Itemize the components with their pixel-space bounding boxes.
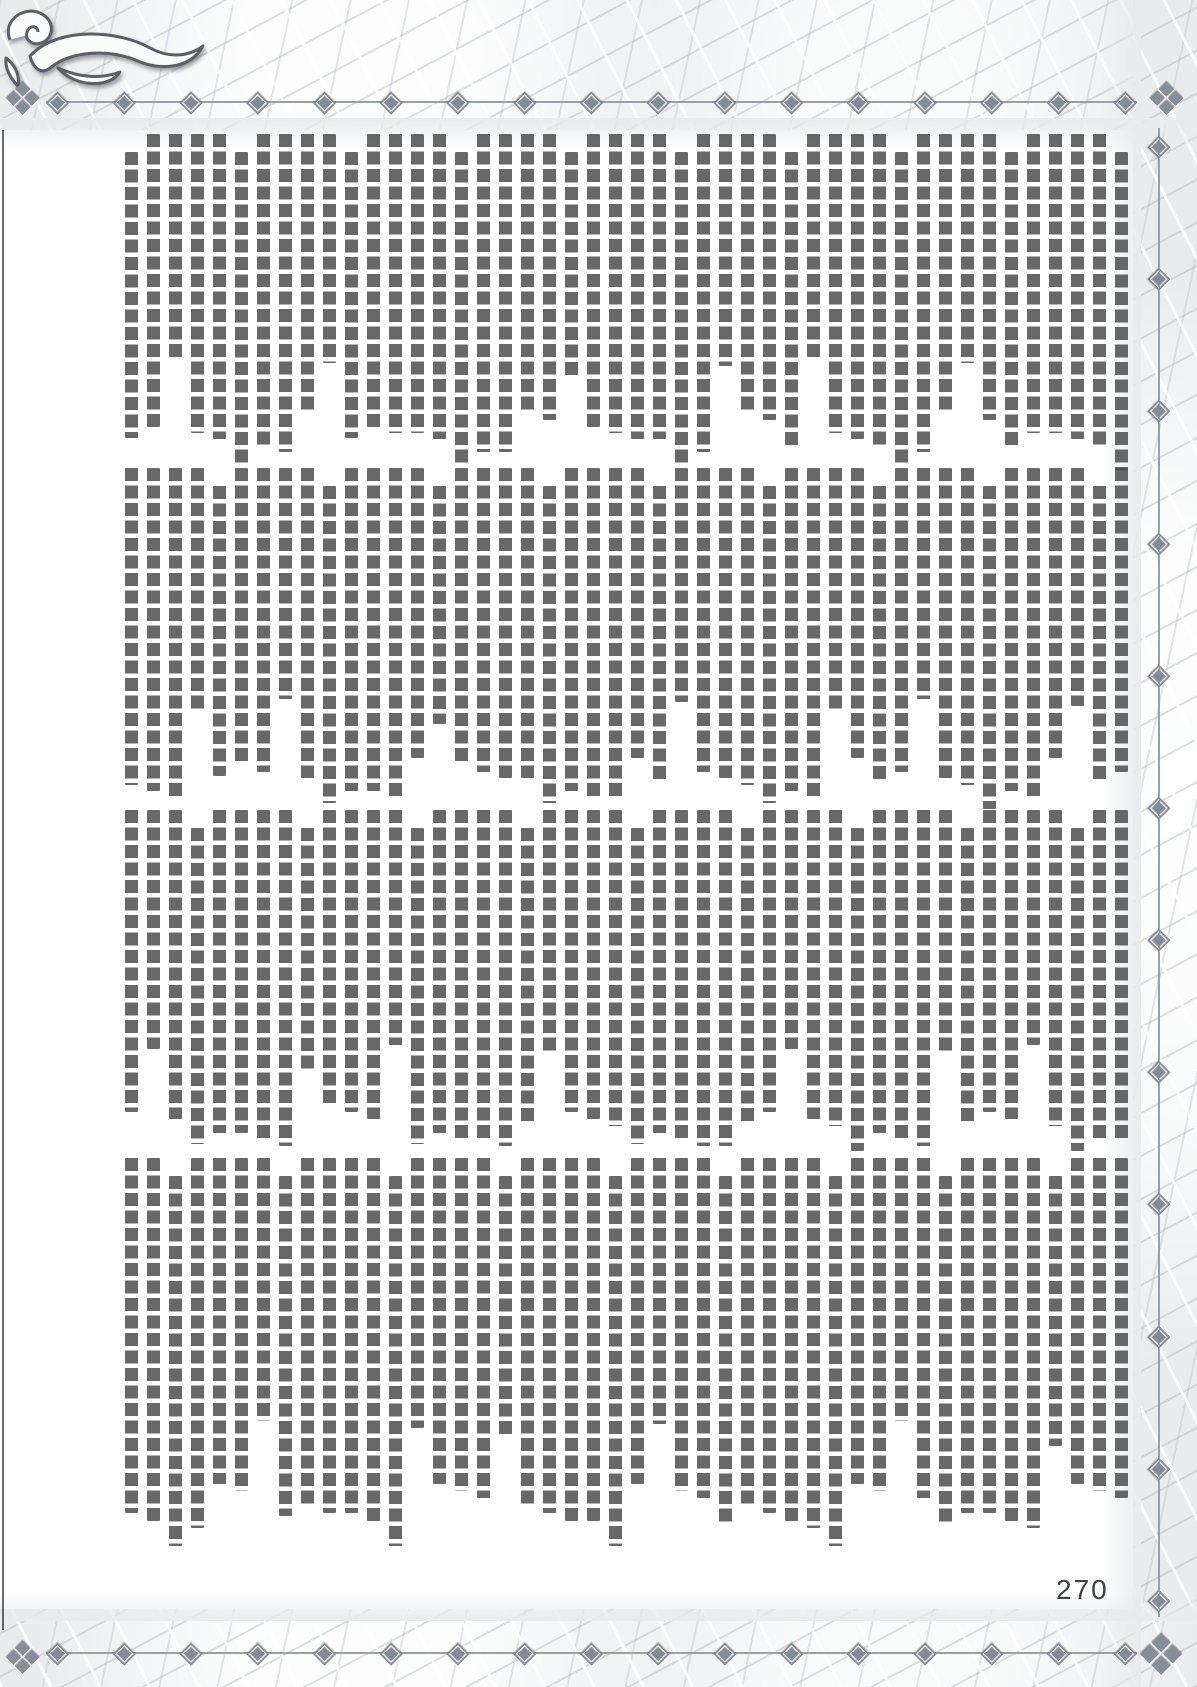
- redacted-text-column: [1093, 486, 1106, 783]
- chain-diamond-icon: ◈: [1147, 789, 1170, 824]
- redacted-text-column: [235, 1158, 248, 1491]
- redacted-text-column: [389, 810, 402, 1045]
- redacted-text-column: [323, 134, 336, 363]
- redacted-text-column: [1071, 134, 1084, 439]
- book-page: ◈◈◈◈◈◈◈◈◈◈◈◈◈◈◈◈◈ ◈◈◈◈◈◈◈◈◈◈◈◈ ◈◈◈◈◈◈◈◈◈…: [0, 0, 1197, 1687]
- redacted-text-column: [279, 810, 292, 1146]
- corner-cross-icon-bottom-right: ❖: [1135, 1633, 1187, 1679]
- chain-diamond-icon: ◈: [1147, 1450, 1170, 1485]
- chain-diamond-icon: ◈: [513, 1633, 536, 1673]
- redacted-text-column: [433, 1158, 446, 1484]
- redacted-text-column: [125, 468, 138, 785]
- redacted-text-column: [301, 468, 314, 778]
- redacted-text-column: [587, 810, 600, 1119]
- redacted-text-column: [609, 134, 622, 433]
- chain-diamond-icon: ◈: [446, 82, 469, 122]
- redacted-text-column: [191, 1158, 204, 1528]
- redacted-text-band: [86, 810, 1128, 1146]
- redacted-text-column: [367, 134, 380, 427]
- redacted-text-column: [257, 468, 270, 772]
- redacted-text-column: [1115, 1158, 1128, 1498]
- redacted-text-column: [323, 810, 336, 1106]
- redacted-text-column: [697, 810, 710, 1146]
- chain-diamond-icon: ◈: [980, 82, 1003, 122]
- chain-diamond-icon: ◈: [713, 1633, 736, 1673]
- redacted-text-column: [939, 810, 952, 1055]
- redacted-text-column: [565, 810, 578, 1112]
- redacted-text-column: [1115, 468, 1128, 772]
- redacted-text-column: [191, 828, 204, 1144]
- redacted-text-band: [86, 134, 1128, 452]
- redacted-text-column: [125, 1158, 138, 1513]
- redacted-text-column: [609, 810, 622, 1126]
- redacted-text-column: [477, 810, 490, 1139]
- redacted-text-column: [697, 1158, 710, 1498]
- chain-diamond-icon: ◈: [980, 1633, 1003, 1673]
- redacted-text-column: [631, 468, 644, 758]
- chain-diamond-icon: ◈: [647, 1633, 670, 1673]
- redacted-text-column: [323, 486, 336, 803]
- redacted-text-column: [829, 134, 842, 433]
- chain-diamond-icon: ◈: [246, 82, 269, 122]
- redacted-text-column: [675, 152, 688, 464]
- chain-diamond-icon: ◈: [1147, 392, 1170, 427]
- redacted-text-column: [895, 468, 908, 772]
- page-edge-line: [2, 130, 4, 1630]
- redacted-text-column: [1027, 134, 1040, 433]
- redacted-text-column: [345, 468, 358, 791]
- redacted-text-column: [345, 810, 358, 1112]
- redacted-text-column: [213, 134, 226, 439]
- chain-diamond-icon: ◈: [380, 1633, 403, 1673]
- chain-diamond-icon: ◈: [1147, 1053, 1170, 1088]
- redacted-text-column: [257, 1158, 270, 1421]
- redacted-text-column: [587, 468, 600, 798]
- redacted-text-column: [785, 1158, 798, 1521]
- redacted-text-column: [191, 134, 204, 433]
- redacted-text-column: [653, 134, 666, 439]
- redacted-text-column: [983, 486, 996, 809]
- redacted-text-column: [235, 468, 248, 765]
- redacted-text-column: [477, 1158, 490, 1498]
- redacted-text-column: [961, 828, 974, 1124]
- redacted-text-column: [1071, 828, 1084, 1151]
- redacted-text-column: [1005, 468, 1018, 791]
- redacted-text-column: [455, 1158, 468, 1491]
- chain-diamond-icon: ◈: [1147, 921, 1170, 956]
- redacted-text-column: [807, 1158, 820, 1528]
- corner-cross-icon-top-right: ❖: [1146, 76, 1187, 122]
- chain-diamond-icon: ◈: [513, 82, 536, 122]
- corner-cross-icon-top-left: ❖: [2, 76, 43, 122]
- redacted-text-column: [455, 468, 468, 765]
- bottom-border-ornament: ◈◈◈◈◈◈◈◈◈◈◈◈◈◈◈◈◈: [46, 1633, 1137, 1673]
- redacted-text-column: [785, 152, 798, 445]
- redacted-text-column: [1027, 810, 1040, 1045]
- redacted-text-column: [477, 134, 490, 452]
- redacted-text-column: [169, 1176, 182, 1546]
- redacted-text-column: [587, 1158, 600, 1521]
- redacted-text-column: [807, 810, 820, 1119]
- redacted-text-column: [961, 468, 974, 785]
- body-text-area: [86, 134, 1128, 1530]
- redacted-text-column: [829, 810, 842, 1126]
- redacted-text-column: [147, 1158, 160, 1521]
- redacted-text-column: [741, 134, 754, 414]
- redacted-text-column: [521, 468, 534, 778]
- redacted-text-column: [587, 134, 600, 427]
- redacted-text-column: [873, 486, 886, 783]
- chain-diamond-icon: ◈: [1147, 260, 1170, 295]
- redacted-text-column: [829, 468, 842, 709]
- redacted-text-column: [257, 134, 270, 446]
- chain-diamond-icon: ◈: [1147, 1318, 1170, 1353]
- redacted-text-column: [389, 134, 402, 433]
- chain-diamond-icon: ◈: [1047, 1633, 1070, 1673]
- chain-diamond-icon: ◈: [914, 82, 937, 122]
- redacted-text-column: [477, 468, 490, 772]
- chain-diamond-icon: ◈: [380, 82, 403, 122]
- redacted-text-column: [345, 152, 358, 438]
- redacted-text-column: [807, 468, 820, 798]
- redacted-text-column: [191, 468, 204, 709]
- redacted-text-column: [1049, 810, 1062, 1126]
- chain-diamond-icon: ◈: [1147, 525, 1170, 560]
- redacted-text-column: [895, 810, 908, 1139]
- redacted-text-column: [1115, 152, 1128, 470]
- page-number: 270: [1056, 1574, 1109, 1606]
- redacted-text-column: [543, 810, 556, 1052]
- chain-diamond-icon: ◈: [780, 82, 803, 122]
- redacted-text-column: [719, 1176, 732, 1524]
- redacted-text-column: [455, 152, 468, 464]
- redacted-text-column: [543, 486, 556, 803]
- redacted-text-column: [631, 1158, 644, 1484]
- redacted-text-column: [367, 468, 380, 791]
- redacted-text-column: [499, 468, 512, 778]
- redacted-text-column: [1071, 1158, 1084, 1484]
- redacted-text-column: [719, 468, 732, 778]
- redacted-text-column: [323, 1158, 336, 1513]
- redacted-text-column: [499, 1176, 512, 1435]
- redacted-text-column: [1005, 152, 1018, 445]
- redacted-text-column: [675, 1158, 688, 1491]
- redacted-text-column: [917, 134, 930, 452]
- redacted-text-column: [147, 468, 160, 791]
- redacted-text-column: [411, 468, 424, 758]
- redacted-text-column: [279, 134, 292, 452]
- redacted-text-column: [543, 1158, 556, 1513]
- redacted-text-column: [785, 468, 798, 791]
- chain-diamond-icon: ◈: [847, 1633, 870, 1673]
- chain-diamond-icon: ◈: [179, 1633, 202, 1673]
- redacted-text-column: [609, 468, 622, 798]
- chain-diamond-icon: ◈: [1114, 82, 1137, 122]
- redacted-text-column: [499, 810, 512, 1146]
- redacted-text-column: [455, 810, 468, 1139]
- redacted-text-column: [433, 486, 446, 724]
- redacted-text-column: [983, 1158, 996, 1513]
- redacted-text-column: [895, 152, 908, 464]
- redacted-text-column: [125, 152, 138, 438]
- chain-diamond-icon: ◈: [1047, 82, 1070, 122]
- redacted-text-column: [1049, 1176, 1062, 1446]
- redacted-text-column: [763, 810, 776, 1112]
- redacted-text-column: [169, 810, 182, 1119]
- redacted-text-column: [521, 134, 534, 414]
- chain-diamond-icon: ◈: [313, 1633, 336, 1673]
- chain-diamond-icon: ◈: [113, 82, 136, 122]
- redacted-text-column: [565, 468, 578, 791]
- redacted-text-column: [345, 1158, 358, 1513]
- chain-diamond-icon: ◈: [847, 82, 870, 122]
- redacted-text-column: [719, 810, 732, 1146]
- redacted-text-column: [301, 134, 314, 414]
- redacted-text-column: [235, 152, 248, 464]
- redacted-text-column: [433, 134, 446, 439]
- redacted-text-column: [961, 134, 974, 363]
- chain-diamond-icon: ◈: [1147, 1185, 1170, 1220]
- redacted-text-column: [213, 1158, 226, 1484]
- redacted-text-column: [697, 468, 710, 772]
- chain-diamond-icon: ◈: [446, 1633, 469, 1673]
- redacted-text-column: [147, 134, 160, 427]
- chain-diamond-icon: ◈: [914, 1633, 937, 1673]
- redacted-text-column: [1093, 810, 1106, 1139]
- redacted-text-column: [917, 810, 930, 1146]
- redacted-text-column: [807, 134, 820, 357]
- redacted-text-column: [1093, 134, 1106, 446]
- chain-diamond-icon: ◈: [580, 82, 603, 122]
- redacted-text-column: [741, 468, 754, 785]
- redacted-text-column: [389, 1176, 402, 1546]
- chain-diamond-icon: ◈: [713, 82, 736, 122]
- redacted-text-column: [1027, 468, 1040, 798]
- redacted-text-column: [851, 828, 864, 1151]
- redacted-text-column: [631, 134, 644, 439]
- redacted-text-column: [521, 828, 534, 1124]
- redacted-text-column: [741, 828, 754, 1124]
- redacted-text-column: [301, 1158, 314, 1506]
- chain-diamond-icon: ◈: [1147, 128, 1170, 163]
- chain-diamond-icon: ◈: [1114, 1633, 1137, 1673]
- corner-cross-icon-bottom-left: ❖: [2, 1635, 43, 1681]
- redacted-text-column: [851, 1158, 864, 1484]
- redacted-text-column: [521, 1158, 534, 1506]
- redacted-text-column: [653, 810, 666, 1133]
- redacted-text-column: [367, 810, 380, 1119]
- chain-diamond-icon: ◈: [179, 82, 202, 122]
- redacted-text-column: [565, 1158, 578, 1521]
- redacted-text-column: [169, 468, 182, 798]
- redacted-text-column: [1005, 810, 1018, 1119]
- chain-diamond-icon: ◈: [246, 1633, 269, 1673]
- redacted-text-column: [1027, 1158, 1040, 1528]
- texture-fade-bottom: [0, 1591, 1197, 1621]
- redacted-text-column: [125, 810, 138, 1112]
- redacted-text-column: [873, 810, 886, 1133]
- redacted-text-column: [565, 152, 578, 378]
- chain-diamond-icon: ◈: [113, 1633, 136, 1673]
- redacted-text-column: [983, 134, 996, 420]
- redacted-text-column: [389, 468, 402, 798]
- redacted-text-column: [213, 486, 226, 776]
- chain-diamond-icon: ◈: [580, 1633, 603, 1673]
- redacted-text-column: [433, 810, 446, 1133]
- redacted-text-column: [675, 468, 688, 702]
- redacted-text-column: [1093, 1158, 1106, 1491]
- redacted-text-column: [235, 810, 248, 1133]
- redacted-text-column: [301, 828, 314, 1073]
- redacted-text-column: [851, 468, 864, 758]
- redacted-text-column: [257, 810, 270, 1139]
- redacted-text-column: [829, 1176, 842, 1546]
- redacted-text-column: [939, 1176, 952, 1524]
- redacted-text-column: [169, 134, 182, 357]
- chain-diamond-icon: ◈: [313, 82, 336, 122]
- redacted-text-column: [279, 1176, 292, 1516]
- redacted-text-column: [697, 134, 710, 452]
- redacted-text-column: [983, 810, 996, 1112]
- chain-diamond-icon: ◈: [780, 1633, 803, 1673]
- chain-diamond-icon: ◈: [46, 82, 69, 122]
- right-border-ornament: ◈◈◈◈◈◈◈◈◈◈◈◈: [1139, 128, 1179, 1617]
- redacted-text-column: [411, 134, 424, 433]
- redacted-text-column: [279, 468, 292, 699]
- redacted-text-column: [1005, 1158, 1018, 1521]
- redacted-text-column: [675, 810, 688, 1139]
- redacted-text-column: [917, 1158, 930, 1498]
- redacted-text-column: [147, 810, 160, 1049]
- redacted-text-column: [895, 1158, 908, 1421]
- redacted-text-column: [1115, 810, 1128, 1139]
- chain-diamond-icon: ◈: [1147, 1582, 1170, 1617]
- redacted-text-column: [1049, 134, 1062, 433]
- redacted-text-column: [367, 1158, 380, 1521]
- redacted-text-column: [939, 134, 952, 414]
- redacted-text-column: [653, 486, 666, 783]
- redacted-text-column: [873, 1158, 886, 1491]
- chain-diamond-icon: ◈: [46, 1633, 69, 1673]
- redacted-text-column: [653, 1158, 666, 1424]
- redacted-text-column: [741, 1158, 754, 1506]
- chain-diamond-icon: ◈: [1147, 657, 1170, 692]
- redacted-text-column: [631, 828, 644, 1144]
- redacted-text-column: [763, 1158, 776, 1513]
- redacted-text-column: [1071, 468, 1084, 706]
- redacted-text-band: [86, 1158, 1128, 1528]
- redacted-text-column: [213, 810, 226, 1133]
- redacted-text-column: [851, 134, 864, 439]
- redacted-text-column: [785, 810, 798, 1049]
- redacted-text-column: [609, 1176, 622, 1546]
- redacted-text-column: [961, 1158, 974, 1513]
- redacted-text-column: [411, 828, 424, 1144]
- redacted-text-column: [939, 468, 952, 778]
- redacted-text-column: [543, 134, 556, 420]
- redacted-text-column: [1049, 468, 1062, 758]
- redacted-text-column: [719, 134, 732, 366]
- redacted-text-column: [873, 134, 886, 446]
- redacted-text-band: [86, 468, 1128, 798]
- redacted-text-column: [763, 486, 776, 803]
- redacted-text-column: [499, 134, 512, 452]
- redacted-text-column: [917, 468, 930, 699]
- redacted-text-column: [763, 134, 776, 420]
- redacted-text-column: [411, 1158, 424, 1428]
- chain-diamond-icon: ◈: [647, 82, 670, 122]
- top-border-ornament: ◈◈◈◈◈◈◈◈◈◈◈◈◈◈◈◈◈: [46, 82, 1137, 122]
